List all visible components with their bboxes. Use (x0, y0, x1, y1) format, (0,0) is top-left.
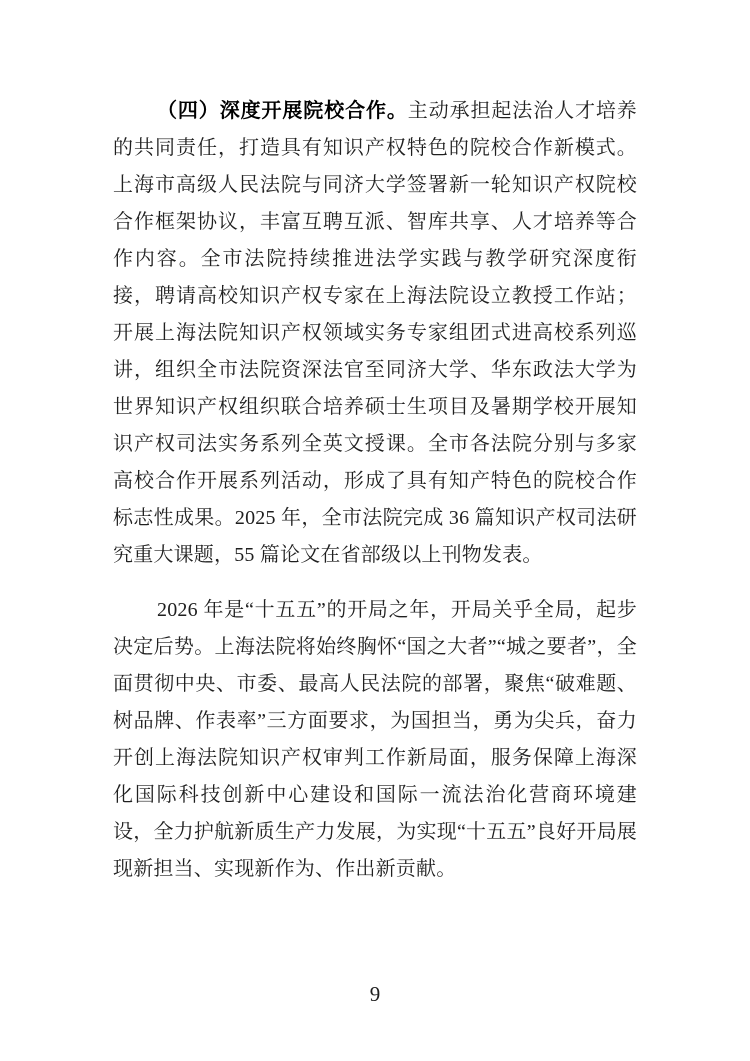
paragraph-closing: 2026 年是“十五五”的开局之年，开局关乎全局，起步决定后势。上海法院将始终胸… (113, 592, 637, 888)
document-page: （四）深度开展院校合作。主动承担起法治人才培养的共同责任，打造具有知识产权特色的… (0, 0, 750, 1061)
page-number: 9 (0, 982, 750, 1007)
section-body-text: 主动承担起法治人才培养的共同责任，打造具有知识产权特色的院校合作新模式。上海市高… (113, 100, 637, 566)
section-heading: （四）深度开展院校合作。 (157, 100, 408, 122)
document-body: （四）深度开展院校合作。主动承担起法治人才培养的共同责任，打造具有知识产权特色的… (113, 93, 637, 888)
closing-text: 2026 年是“十五五”的开局之年，开局关乎全局，起步决定后势。上海法院将始终胸… (113, 599, 637, 880)
paragraph-section-4: （四）深度开展院校合作。主动承担起法治人才培养的共同责任，打造具有知识产权特色的… (113, 93, 637, 574)
